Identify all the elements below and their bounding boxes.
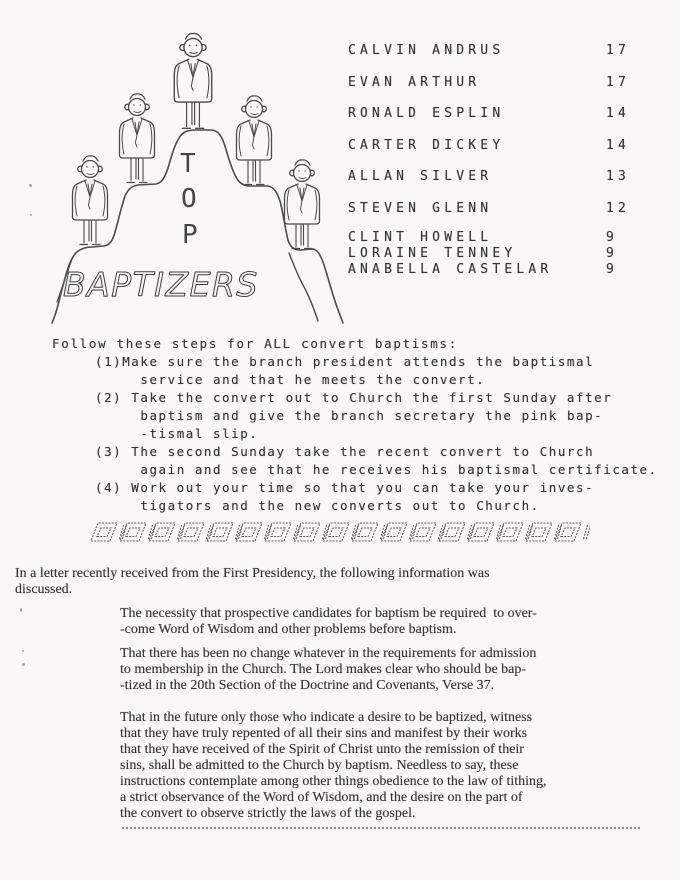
baptizer-name: ANABELLA CASTELAR bbox=[348, 263, 552, 277]
baptism-count: 17 bbox=[606, 44, 634, 58]
figure-icon bbox=[237, 96, 272, 185]
letter-paragraph: That in the future only those who indica… bbox=[120, 710, 665, 822]
top-label: T O P bbox=[180, 149, 198, 250]
baptizer-name: ALLAN SILVER bbox=[348, 170, 492, 184]
baptizer-name: CARTER DICKEY bbox=[348, 139, 504, 153]
leaderboard-row: ANABELLA CASTELAR9 bbox=[348, 263, 634, 277]
baptizer-name: RONALD ESPLIN bbox=[348, 107, 504, 121]
baptism-count: 14 bbox=[606, 107, 634, 121]
scan-speck bbox=[30, 214, 32, 216]
scanned-newsletter-page: T O P BAPTIZERS CALVIN ANDRUS17 EVAN ART… bbox=[0, 0, 680, 880]
chain-divider-ornament bbox=[90, 518, 590, 546]
baptism-count: 9 bbox=[606, 247, 634, 261]
steps-list: (1)Make sure the branch president attend… bbox=[95, 353, 658, 515]
baptism-count: 9 bbox=[606, 231, 634, 245]
top-letter: O bbox=[181, 184, 197, 214]
baptism-count: 13 bbox=[606, 170, 634, 184]
steps-heading: Follow these steps for ALL convert bapti… bbox=[52, 336, 458, 352]
mountain-fold-line bbox=[289, 253, 318, 321]
leaderboard-row: RONALD ESPLIN14 bbox=[348, 107, 634, 121]
baptism-count: 12 bbox=[606, 202, 634, 216]
scan-speck bbox=[22, 663, 25, 666]
letter-paragraph: That there has been no change whatever i… bbox=[120, 646, 665, 694]
baptism-count: 14 bbox=[606, 139, 634, 153]
hilltop-illustration: T O P BAPTIZERS bbox=[0, 0, 360, 335]
baptizer-name: STEVEN GLENN bbox=[348, 202, 492, 216]
baptizer-name: CLINT HOWELL bbox=[348, 231, 492, 245]
baptizer-leaderboard: CALVIN ANDRUS17 EVAN ARTHUR17 RONALD ESP… bbox=[348, 44, 634, 279]
baptizer-name: LORAINE TENNEY bbox=[348, 247, 516, 261]
step-item: (4) Work out your time so that you can t… bbox=[95, 479, 658, 515]
scan-speck bbox=[20, 608, 22, 612]
leaderboard-row: EVAN ARTHUR17 bbox=[348, 76, 634, 90]
baptizer-name: EVAN ARTHUR bbox=[348, 76, 480, 90]
figure-icon bbox=[120, 94, 155, 183]
baptizer-name: CALVIN ANDRUS bbox=[348, 44, 504, 58]
leaderboard-row: CARTER DICKEY14 bbox=[348, 139, 634, 153]
leaderboard-row: CALVIN ANDRUS17 bbox=[348, 44, 634, 58]
scan-speck bbox=[29, 184, 32, 187]
top-letter: T bbox=[180, 149, 196, 179]
scan-speck bbox=[22, 650, 24, 652]
letter-intro: In a letter recently received from the F… bbox=[15, 566, 675, 598]
leaderboard-row: LORAINE TENNEY9 bbox=[348, 247, 634, 261]
step-item: (1)Make sure the branch president attend… bbox=[95, 353, 658, 389]
top-letter: P bbox=[182, 220, 198, 250]
figure-icon bbox=[73, 156, 108, 245]
baptism-count: 9 bbox=[606, 263, 634, 277]
step-item: (3) The second Sunday take the recent co… bbox=[95, 443, 658, 479]
figure-icon bbox=[285, 160, 320, 249]
baptizers-label: BAPTIZERS bbox=[63, 265, 259, 304]
letter-paragraph: The necessity that prospective candidate… bbox=[120, 606, 665, 638]
step-item: (2) Take the convert out to Church the f… bbox=[95, 389, 658, 443]
leaderboard-row: STEVEN GLENN12 bbox=[348, 202, 634, 216]
figure-icon bbox=[174, 33, 211, 128]
leaderboard-row: ALLAN SILVER13 bbox=[348, 170, 634, 184]
dotted-divider-line bbox=[122, 827, 640, 829]
baptism-count: 17 bbox=[606, 76, 634, 90]
leaderboard-row: CLINT HOWELL9 bbox=[348, 231, 634, 245]
